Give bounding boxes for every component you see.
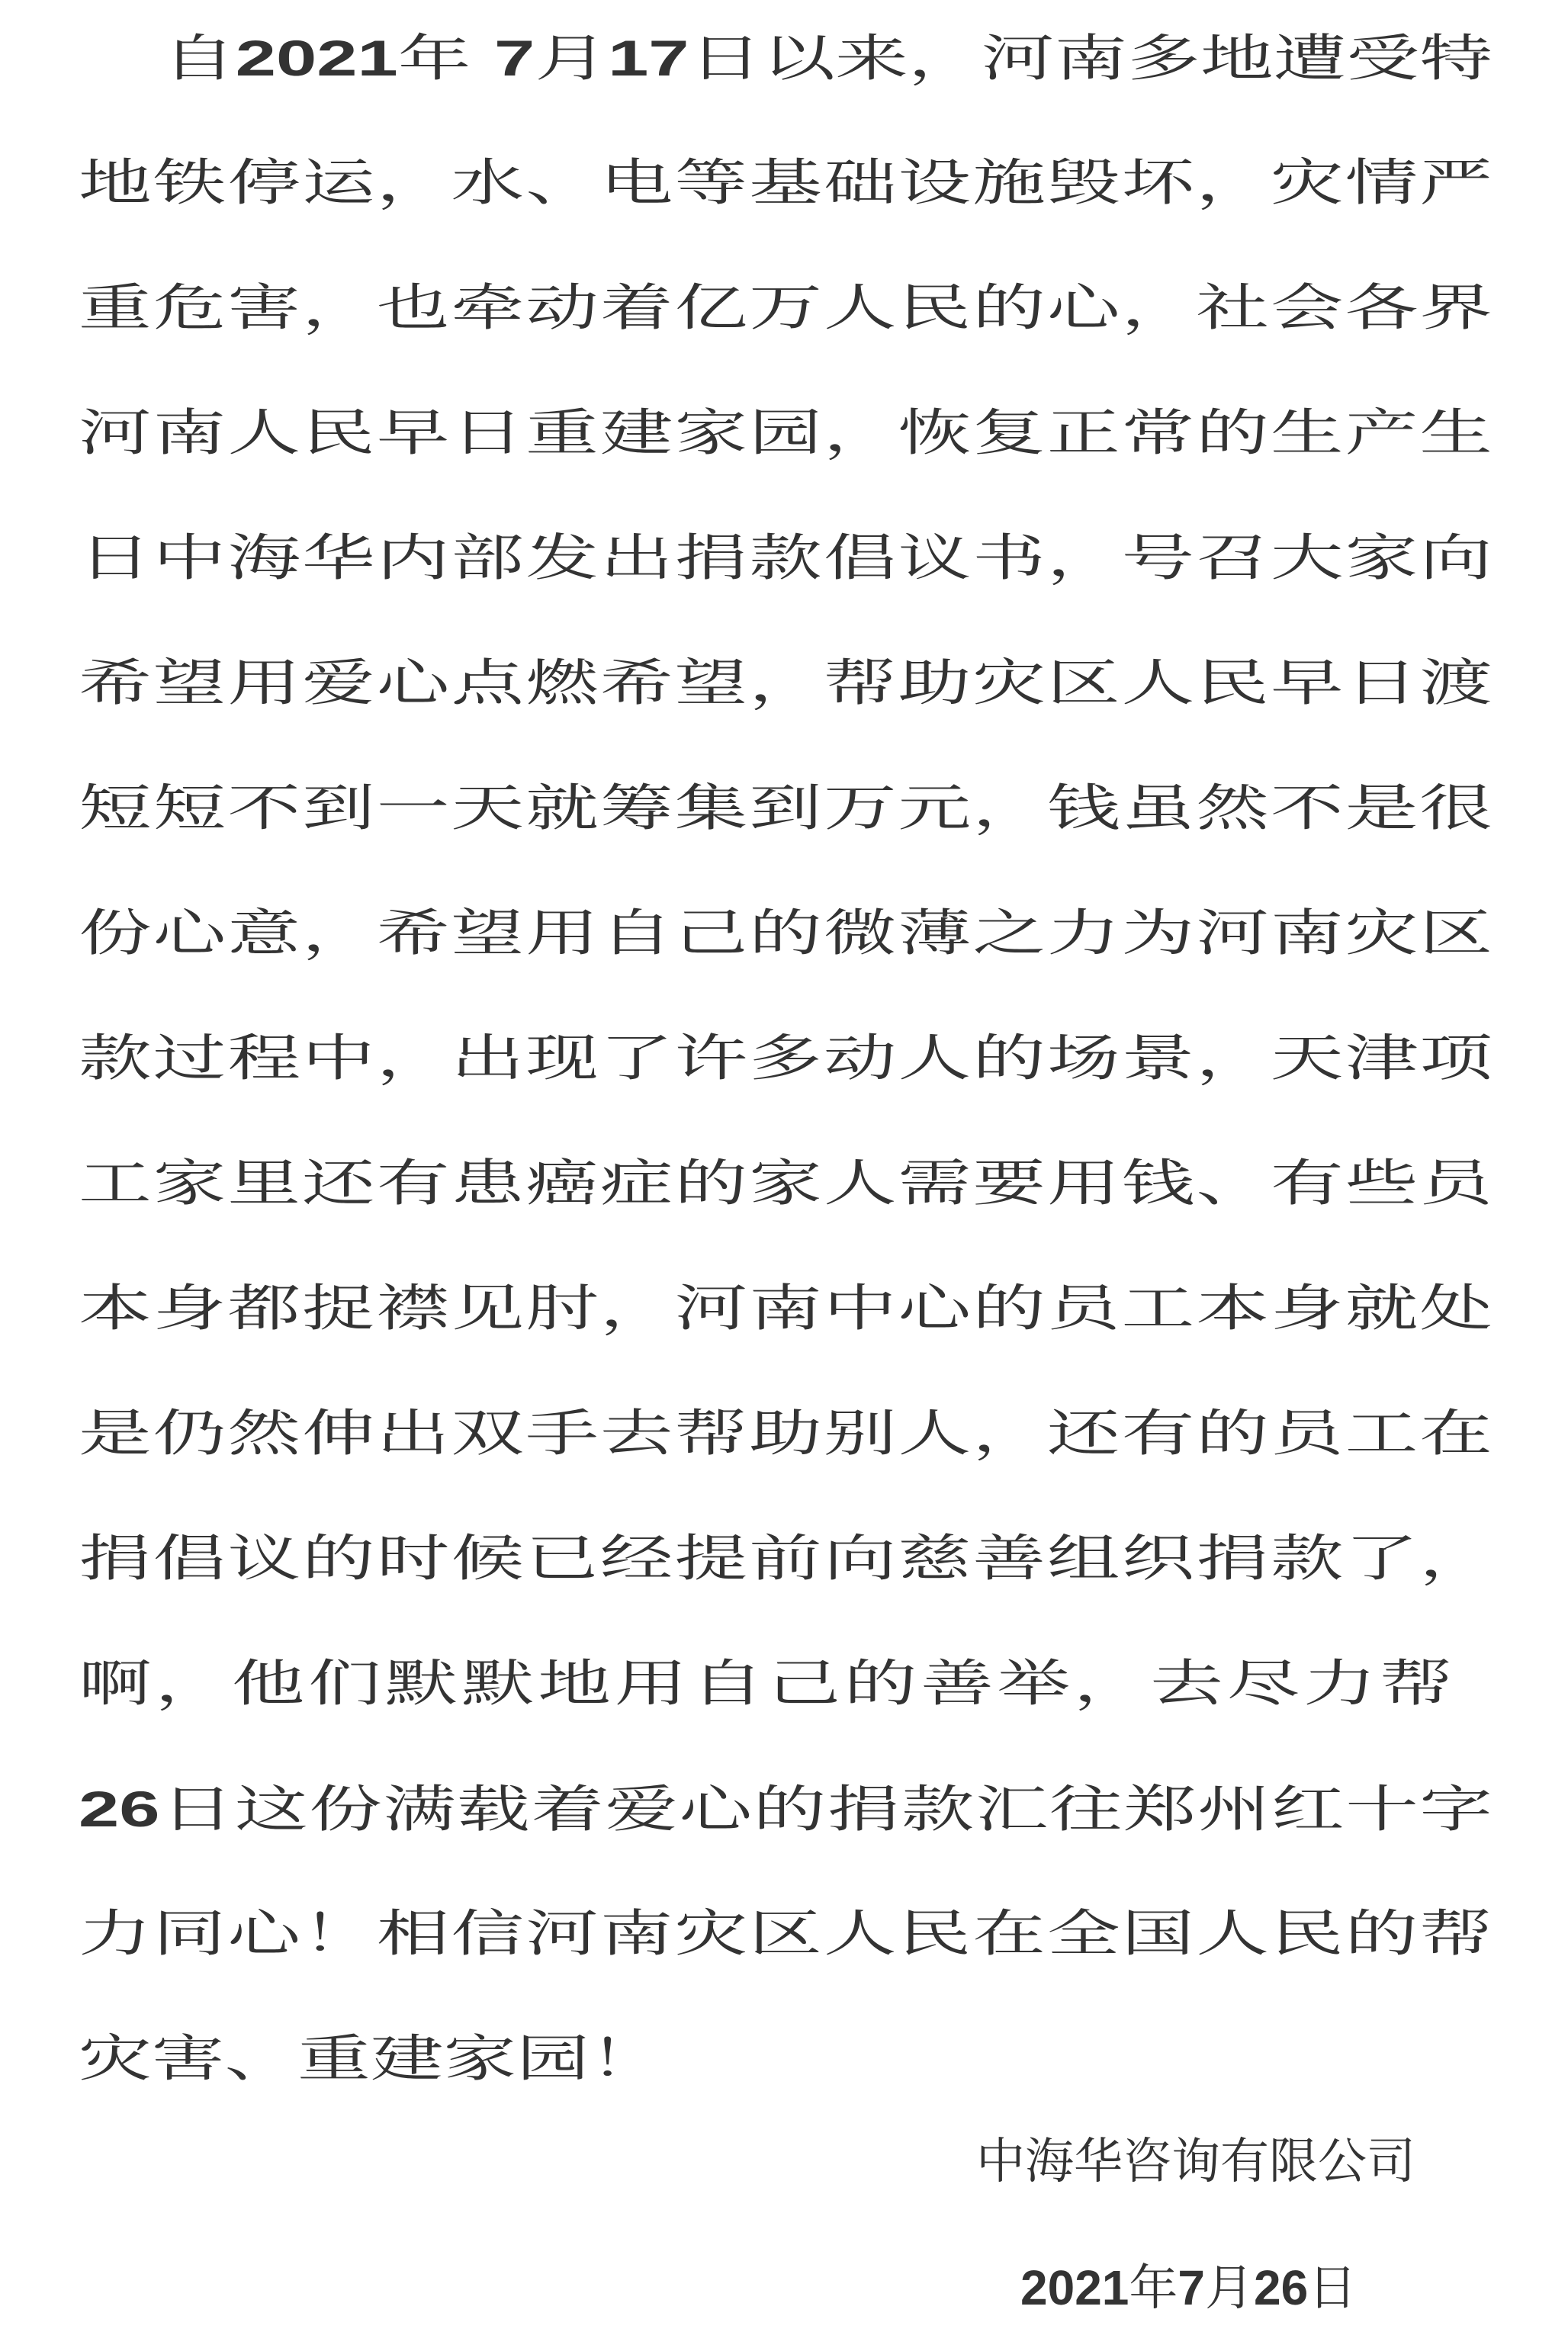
body-line-text: 自2021年 7月17日以来，河南多地遭受特大暴雨灾害， bbox=[162, 27, 1492, 88]
document-page: 自2021年 7月17日以来，河南多地遭受特大暴雨灾害，地铁停运，水、电等基础设… bbox=[0, 0, 1568, 2332]
signature-date: 2021年7月26日 bbox=[1020, 2257, 1432, 2318]
text-run: 月 bbox=[535, 29, 608, 88]
body-line-text: 短短不到一天就筹集到万元，钱虽然不是很多，但是是大家的一 bbox=[79, 778, 1492, 839]
body-line-text: 地铁停运，水、电等基础设施毁坏，灾情严重，人民生活受到严 bbox=[79, 153, 1492, 214]
body-line-text: 日中海华内部发出捐款倡议书，号召大家向河南受灾地区捐款， bbox=[79, 528, 1492, 589]
body-line: 灾害、重建家园！ bbox=[79, 2028, 481, 2089]
body-line-text: 灾害、重建家园！ bbox=[79, 2028, 663, 2089]
body-line-text: 26日这份满载着爱心的捐款汇往郑州红十字中心。众志成城，勠 bbox=[79, 1778, 1492, 1839]
body-line-text: 本身都捉襟见肘，河南中心的员工本身就处在灾区，自顾不暇但 bbox=[79, 1278, 1492, 1339]
text-run: 年 bbox=[398, 29, 494, 88]
numeral: 7 bbox=[494, 30, 535, 86]
body-line-text: 河南人民早日重建家园，恢复正常的生产生活。为此，7月23 bbox=[79, 403, 1492, 464]
body-line: 短短不到一天就筹集到万元，钱虽然不是很多，但是是大家的一 bbox=[79, 778, 1054, 839]
signature-company-text: 中海华咨询有限公司 bbox=[976, 2131, 1434, 2192]
signature-company: 中海华咨询有限公司 bbox=[976, 2131, 1434, 2192]
body-line: 26日这份满载着爱心的捐款汇往郑州红十字中心。众志成城，勠 bbox=[79, 1778, 1054, 1839]
body-line: 重危害，也牵动着亿万人民的心，社会各界积极捐款捐物，助力 bbox=[79, 278, 1054, 339]
body-line: 自2021年 7月17日以来，河南多地遭受特大暴雨灾害， bbox=[162, 27, 1080, 88]
body-line: 希望用爱心点燃希望，帮助灾区人民早日渡过难关，重建家园。 bbox=[79, 653, 1054, 714]
body-line: 河南人民早日重建家园，恢复正常的生产生活。为此，7月23 bbox=[79, 403, 1054, 464]
body-line-text: 希望用爱心点燃希望，帮助灾区人民早日渡过难关，重建家园。 bbox=[79, 653, 1492, 714]
body-line-text: 份心意，希望用自己的微薄之力为河南灾区贡献一份力量。在捐 bbox=[79, 903, 1492, 964]
body-line-text: 款过程中，出现了许多动人的场景，天津项目管理中心的个别员 bbox=[79, 1028, 1492, 1089]
body-line: 工家里还有患癌症的家人需要用钱、有些员工有房贷、车贷自己 bbox=[79, 1153, 1054, 1214]
body-line-text: 捐倡议的时候已经提前向慈善组织捐款了，多么可爱的一群同志 bbox=[79, 1528, 1492, 1589]
body-line-text: 工家里还有患癌症的家人需要用钱、有些员工有房贷、车贷自己 bbox=[79, 1153, 1492, 1214]
body-line: 地铁停运，水、电等基础设施毁坏，灾情严重，人民生活受到严 bbox=[79, 153, 1054, 214]
body-line: 份心意，希望用自己的微薄之力为河南灾区贡献一份力量。在捐 bbox=[79, 903, 1054, 964]
body-line: 捐倡议的时候已经提前向慈善组织捐款了，多么可爱的一群同志 bbox=[79, 1528, 1054, 1589]
text-run: 月 bbox=[1205, 2260, 1254, 2317]
signature-date-text: 2021年7月26日 bbox=[1020, 2257, 1432, 2319]
body-line-text: 力同心！相信河南灾区人民在全国人民的帮助下，定能早日战胜 bbox=[79, 1903, 1492, 1964]
body-line: 日中海华内部发出捐款倡议书，号召大家向河南受灾地区捐款， bbox=[79, 528, 1054, 589]
numeral: 26 bbox=[1254, 2260, 1308, 2315]
text-run: 日 bbox=[1308, 2260, 1357, 2317]
numeral: 17 bbox=[608, 30, 689, 86]
text-run: 日这份满载着爱心的捐款汇往郑州红十字中心。众志成城，勠 bbox=[79, 1780, 1492, 1839]
numeral: 2021 bbox=[1020, 2260, 1129, 2315]
numeral: 7 bbox=[1178, 2260, 1205, 2315]
text-run: 河南人民早日重建家园，恢复正常的生产生活。为此， bbox=[79, 403, 1492, 464]
body-line-text: 啊，他们默默地用自己的善举，去尽力帮助别人，为他们点赞！ bbox=[79, 1653, 1453, 1714]
body-line: 力同心！相信河南灾区人民在全国人民的帮助下，定能早日战胜 bbox=[79, 1903, 1054, 1964]
body-line: 款过程中，出现了许多动人的场景，天津项目管理中心的个别员 bbox=[79, 1028, 1054, 1089]
text-run: 年 bbox=[1129, 2260, 1178, 2317]
text-run: 自 bbox=[162, 29, 236, 88]
body-line: 是仍然伸出双手去帮助别人，还有的员工在还公司还没有发出募 bbox=[79, 1403, 1054, 1464]
numeral: 26 bbox=[79, 1781, 159, 1837]
numeral: 2021 bbox=[236, 30, 398, 86]
body-line-text: 重危害，也牵动着亿万人民的心，社会各界积极捐款捐物，助力 bbox=[79, 278, 1492, 339]
body-line: 本身都捉襟见肘，河南中心的员工本身就处在灾区，自顾不暇但 bbox=[79, 1278, 1054, 1339]
body-line: 啊，他们默默地用自己的善举，去尽力帮助别人，为他们点赞！ bbox=[79, 1653, 1027, 1714]
body-line-text: 是仍然伸出双手去帮助别人，还有的员工在还公司还没有发出募 bbox=[79, 1403, 1492, 1464]
